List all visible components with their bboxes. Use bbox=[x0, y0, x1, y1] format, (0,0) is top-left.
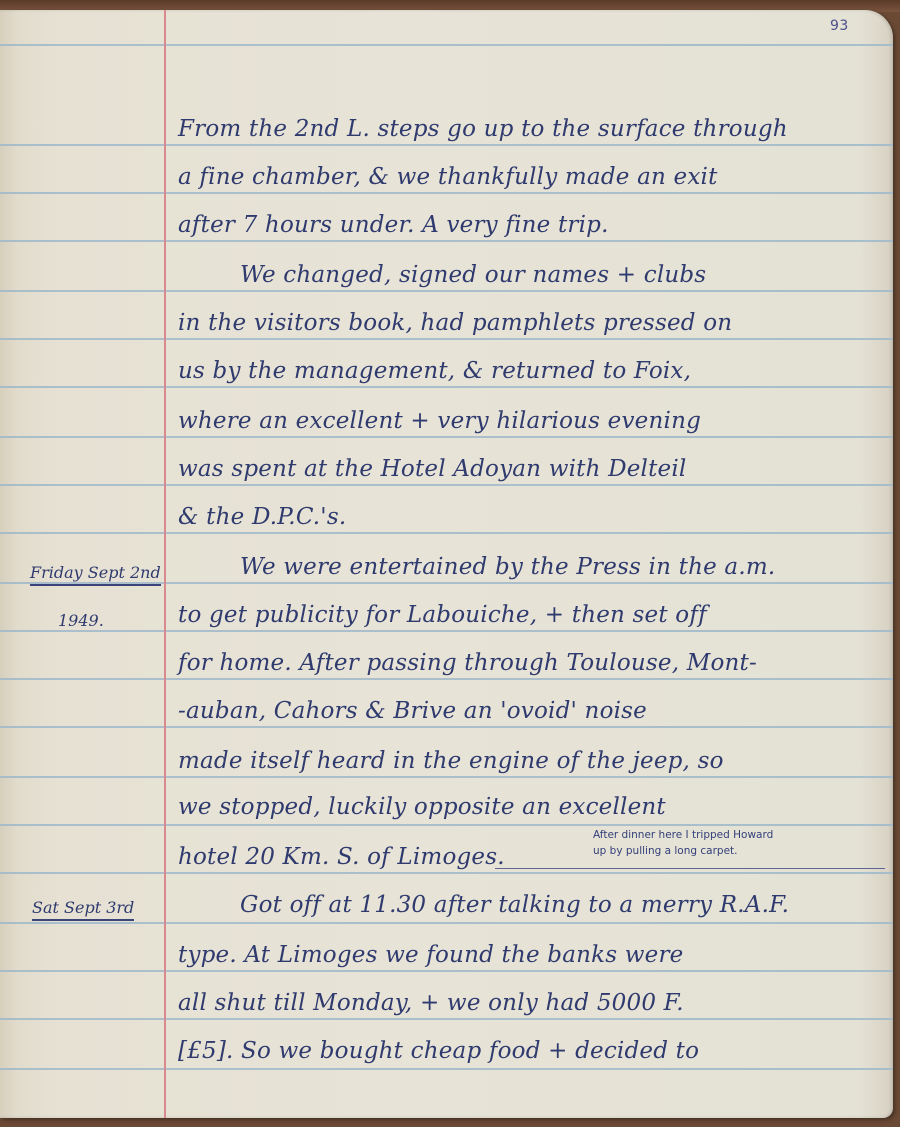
text-line: us by the management, & returned to Foix… bbox=[178, 358, 878, 384]
rule-line bbox=[0, 824, 893, 826]
text-line: after 7 hours under. A very fine trip. bbox=[178, 212, 878, 238]
text-line: for home. After passing through Toulouse… bbox=[178, 650, 878, 676]
margin-date-friday: Friday Sept 2nd bbox=[30, 563, 161, 586]
rule-line bbox=[0, 726, 893, 728]
rule-line bbox=[0, 776, 893, 778]
rule-line bbox=[0, 338, 893, 340]
margin-date-year: 1949. bbox=[58, 611, 104, 630]
margin-date-saturday: Sat Sept 3rd bbox=[32, 898, 134, 921]
rule-line bbox=[0, 970, 893, 972]
text-line: [£5]. So we bought cheap food + decided … bbox=[178, 1038, 878, 1064]
text-line: type. At Limoges we found the banks were bbox=[178, 942, 878, 968]
rule-line bbox=[0, 1018, 893, 1020]
text-line: in the visitors book, had pamphlets pres… bbox=[178, 310, 878, 336]
interlinear-underline bbox=[495, 868, 885, 869]
notebook-page: 93 Friday Sept 2nd 1949. Sat Sept 3rd Fr… bbox=[0, 10, 893, 1118]
rule-line bbox=[0, 484, 893, 486]
text-line: From the 2nd L. steps go up to the surfa… bbox=[178, 116, 878, 142]
interlinear-note-line-2: up by pulling a long carpet. bbox=[593, 844, 737, 858]
text-line: Got off at 11.30 after talking to a merr… bbox=[240, 892, 893, 918]
text-line: all shut till Monday, + we only had 5000… bbox=[178, 990, 878, 1016]
rule-line bbox=[0, 872, 893, 874]
text-line: a fine chamber, & we thankfully made an … bbox=[178, 164, 878, 190]
interlinear-note-line-1: After dinner here I tripped Howard bbox=[593, 828, 773, 842]
text-line: where an excellent + very hilarious even… bbox=[178, 408, 878, 434]
rule-line bbox=[0, 290, 893, 292]
margin-line bbox=[164, 10, 166, 1118]
rule-line bbox=[0, 532, 893, 534]
text-line: to get publicity for Labouiche, + then s… bbox=[178, 602, 878, 628]
text-line: we stopped, luckily opposite an excellen… bbox=[178, 794, 878, 820]
page-number: 93 bbox=[830, 18, 849, 34]
rule-line bbox=[0, 436, 893, 438]
text-line: We changed, signed our names + clubs bbox=[240, 262, 893, 288]
text-line: hotel 20 Km. S. of Limoges. bbox=[178, 844, 878, 870]
text-line: & the D.P.C.'s. bbox=[178, 504, 878, 530]
rule-line bbox=[0, 678, 893, 680]
rule-line bbox=[0, 192, 893, 194]
rule-line bbox=[0, 922, 893, 924]
rule-line bbox=[0, 1068, 893, 1070]
text-line: We were entertained by the Press in the … bbox=[240, 554, 893, 580]
rule-line bbox=[0, 44, 893, 46]
text-line: made itself heard in the engine of the j… bbox=[178, 748, 878, 774]
rule-line bbox=[0, 630, 893, 632]
text-line: -auban, Cahors & Brive an 'ovoid' noise bbox=[178, 698, 878, 724]
text-line: was spent at the Hotel Adoyan with Delte… bbox=[178, 456, 878, 482]
rule-line bbox=[0, 240, 893, 242]
rule-line bbox=[0, 386, 893, 388]
rule-line bbox=[0, 144, 893, 146]
